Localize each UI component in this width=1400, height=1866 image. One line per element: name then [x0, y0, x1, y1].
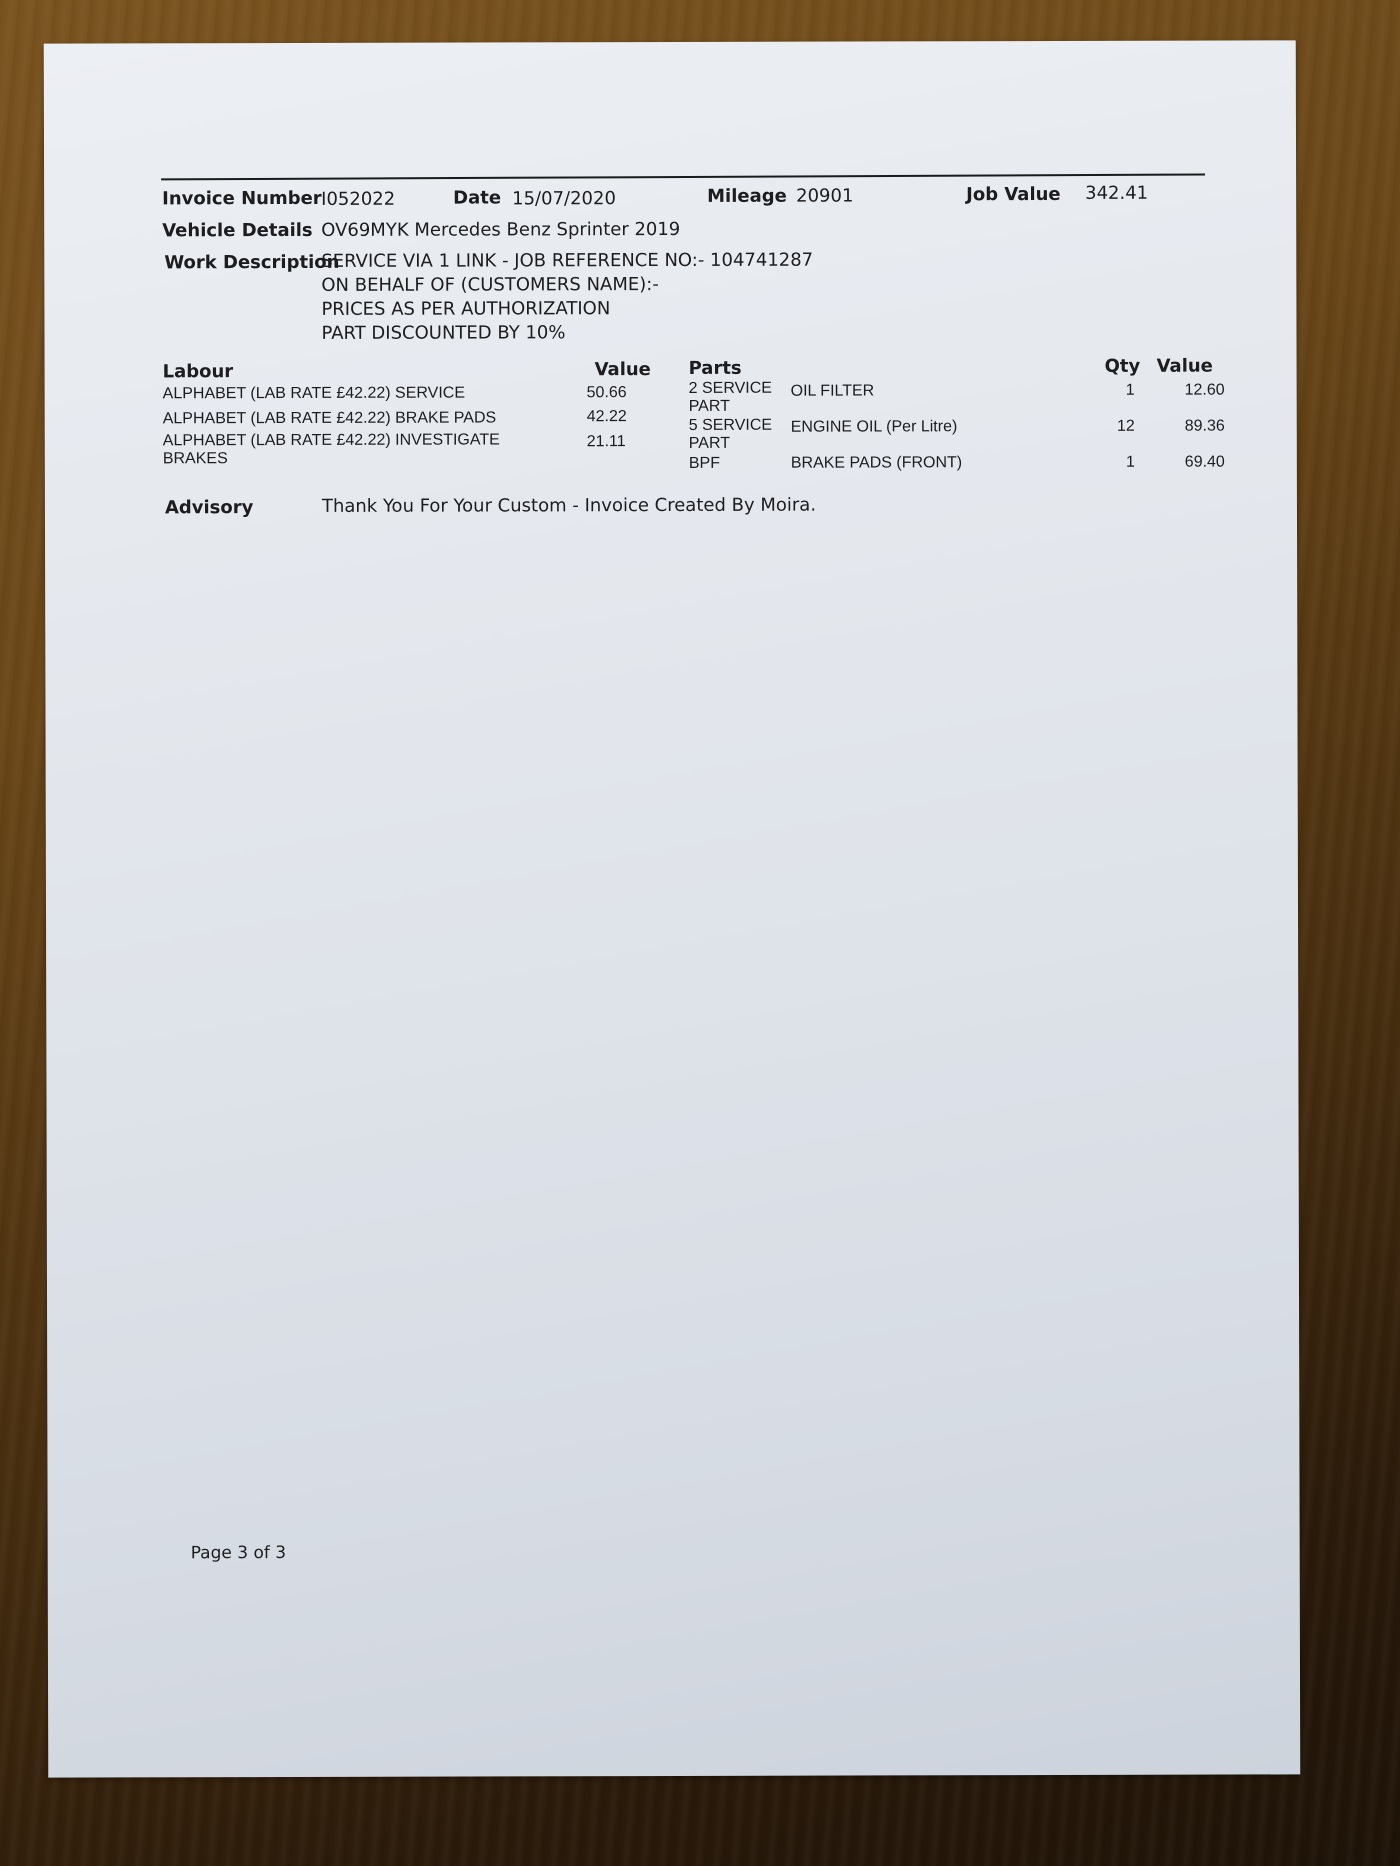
part-value: 69.40 — [1155, 454, 1225, 472]
part-qty: 12 — [1085, 418, 1135, 436]
work-description-line: SERVICE VIA 1 LINK - JOB REFERENCE NO:- … — [321, 250, 813, 272]
date-label: Date — [453, 187, 501, 208]
vehicle-details-value: OV69MYK Mercedes Benz Sprinter 2019 — [321, 219, 680, 241]
labour-description: ALPHABET (LAB RATE £42.22) INVESTIGATE B… — [163, 431, 523, 468]
labour-value: 21.11 — [587, 433, 626, 451]
parts-value-header: Value — [1157, 356, 1213, 377]
labour-description: ALPHABET (LAB RATE £42.22) SERVICE — [163, 385, 465, 404]
mileage-value: 20901 — [796, 186, 853, 207]
date-value: 15/07/2020 — [512, 188, 616, 209]
work-description-line: PART DISCOUNTED BY 10% — [321, 322, 565, 344]
vehicle-details-label: Vehicle Details — [162, 220, 312, 241]
part-qty: 1 — [1085, 454, 1135, 472]
part-qty: 1 — [1085, 382, 1135, 400]
part-description: ENGINE OIL (Per Litre) — [791, 418, 958, 436]
part-value: 12.60 — [1155, 382, 1225, 400]
invoice-number-label: Invoice Number — [162, 188, 322, 209]
mileage-label: Mileage — [707, 186, 787, 207]
part-code: 5 SERVICE PART — [689, 417, 784, 453]
labour-description: ALPHABET (LAB RATE £42.22) BRAKE PADS — [163, 409, 497, 428]
work-description-line: ON BEHALF OF (CUSTOMERS NAME):- — [321, 274, 659, 296]
labour-value: 50.66 — [587, 384, 627, 402]
advisory-text: Thank You For Your Custom - Invoice Crea… — [322, 495, 816, 517]
job-value-label: Job Value — [966, 184, 1061, 205]
part-code: BPF — [689, 455, 784, 473]
part-description: BRAKE PADS (FRONT) — [791, 454, 962, 472]
advisory-label: Advisory — [165, 497, 253, 518]
page-number: Page 3 of 3 — [191, 1543, 286, 1563]
invoice-number-value: I052022 — [321, 189, 395, 210]
labour-value-header: Value — [595, 359, 651, 380]
work-description-line: PRICES AS PER AUTHORIZATION — [321, 298, 610, 320]
invoice-page: Invoice Number I052022 Date 15/07/2020 M… — [44, 40, 1301, 1777]
job-value-value: 342.41 — [1085, 183, 1148, 204]
parts-header: Parts — [689, 358, 742, 379]
part-description: OIL FILTER — [791, 382, 875, 400]
labour-header: Labour — [163, 361, 234, 382]
invoice-document: Invoice Number I052022 Date 15/07/2020 M… — [44, 40, 1301, 1777]
work-description-label: Work Description — [164, 252, 339, 273]
part-value: 89.36 — [1155, 418, 1225, 436]
parts-qty-header: Qty — [1105, 356, 1141, 377]
part-code: 2 SERVICE PART — [689, 380, 784, 416]
header-rule — [161, 174, 1205, 181]
labour-value: 42.22 — [587, 408, 627, 426]
